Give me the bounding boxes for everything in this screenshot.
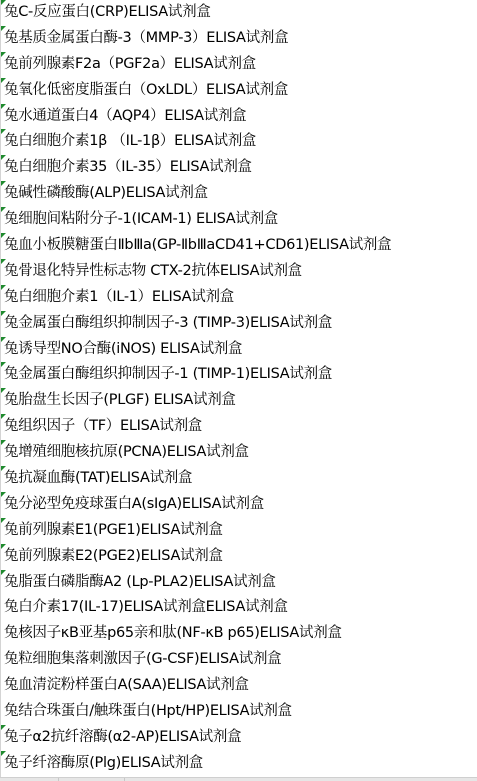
error-indicator-icon <box>1 129 6 134</box>
error-indicator-icon <box>1 104 6 109</box>
cell-text: 兔白细胞介素35（IL-35）ELISA试剂盒 <box>4 159 252 175</box>
error-indicator-icon <box>1 725 6 730</box>
cell[interactable]: 兔核因子κB亚基p65亲和肽(NF-κB p65)ELISA试剂盒 <box>1 621 477 647</box>
cell-text: 兔白介素17(IL-17)ELISA试剂盒ELISA试剂盒 <box>4 599 288 615</box>
error-indicator-icon <box>1 570 6 575</box>
cell-text: 兔脂蛋白磷脂酶A2 (Lp-PLA2)ELISA试剂盒 <box>4 574 276 590</box>
cell[interactable]: 兔粒细胞集落刺激因子(G-CSF)ELISA试剂盒 <box>1 647 477 673</box>
cell[interactable]: 兔骨退化特异性标志物 CTX-2抗体ELISA试剂盒 <box>1 259 477 285</box>
cell[interactable]: 兔子纤溶酶原(Plg)ELISA试剂盒 <box>1 751 477 777</box>
horizontal-scrollbar[interactable] <box>0 777 477 781</box>
cell-text: 兔抗凝血酶(TAT)ELISA试剂盒 <box>4 470 192 486</box>
cell[interactable]: 兔前列腺素F2a（PGF2a）ELISA试剂盒 <box>1 52 477 78</box>
cell[interactable]: 兔氧化低密度脂蛋白（OxLDL）ELISA试剂盒 <box>1 78 477 104</box>
error-indicator-icon <box>1 233 6 238</box>
cell[interactable]: 兔分泌型免疫球蛋白A(sIgA)ELISA试剂盒 <box>1 492 477 518</box>
error-indicator-icon <box>1 207 6 212</box>
cell[interactable]: 兔前列腺素E1(PGE1)ELISA试剂盒 <box>1 518 477 544</box>
cell[interactable]: 兔增殖细胞核抗原(PCNA)ELISA试剂盒 <box>1 440 477 466</box>
cell[interactable]: 兔水通道蛋白4（AQP4）ELISA试剂盒 <box>1 104 477 130</box>
cell-text: 兔诱导型NO合酶(iNOS) ELISA试剂盒 <box>4 341 242 357</box>
cell-text: 兔水通道蛋白4（AQP4）ELISA试剂盒 <box>4 108 246 124</box>
cell-text: 兔细胞间粘附分子-1(ICAM-1) ELISA试剂盒 <box>4 211 278 227</box>
cell-text: 兔结合珠蛋白/触珠蛋白(Hpt/HP)ELISA试剂盒 <box>4 703 292 719</box>
cell-text: 兔碱性磷酸酶(ALP)ELISA试剂盒 <box>4 185 208 201</box>
cell-text: 兔子纤溶酶原(Plg)ELISA试剂盒 <box>4 755 203 771</box>
cell-text: 兔子α2抗纤溶酶(α2-AP)ELISA试剂盒 <box>4 729 241 745</box>
error-indicator-icon <box>1 26 6 31</box>
error-indicator-icon <box>1 440 6 445</box>
cell[interactable]: 兔白细胞介素35（IL-35）ELISA试剂盒 <box>1 155 477 181</box>
cell[interactable]: 兔抗凝血酶(TAT)ELISA试剂盒 <box>1 466 477 492</box>
error-indicator-icon <box>1 155 6 160</box>
error-indicator-icon <box>1 518 6 523</box>
cell-text: 兔增殖细胞核抗原(PCNA)ELISA试剂盒 <box>4 444 249 460</box>
cell-text: 兔金属蛋白酶组织抑制因子-3 (TIMP-3)ELISA试剂盒 <box>4 315 332 331</box>
cell[interactable]: 兔组织因子（TF）ELISA试剂盒 <box>1 414 477 440</box>
error-indicator-icon <box>1 544 6 549</box>
cell-text: 兔胎盘生长因子(PLGF) ELISA试剂盒 <box>4 392 236 408</box>
cell[interactable]: 兔子α2抗纤溶酶(α2-AP)ELISA试剂盒 <box>1 725 477 751</box>
cell[interactable]: 兔白细胞介素1β （IL-1β）ELISA试剂盒 <box>1 129 477 155</box>
cell[interactable]: 兔脂蛋白磷脂酶A2 (Lp-PLA2)ELISA试剂盒 <box>1 570 477 596</box>
cell-text: 兔血小板膜糖蛋白ⅡbⅢa(GP-ⅡbⅢaCD41+CD61)ELISA试剂盒 <box>4 237 391 253</box>
spreadsheet-column: 兔C-反应蛋白(CRP)ELISA试剂盒兔基质金属蛋白酶-3（MMP-3）ELI… <box>0 0 477 778</box>
error-indicator-icon <box>1 0 6 5</box>
error-indicator-icon <box>1 414 6 419</box>
cell-text: 兔白细胞介素1β （IL-1β）ELISA试剂盒 <box>4 133 256 149</box>
cell-text: 兔前列腺素F2a（PGF2a）ELISA试剂盒 <box>4 56 256 72</box>
error-indicator-icon <box>1 751 6 756</box>
cell-text: 兔白细胞介素1（IL-1）ELISA试剂盒 <box>4 289 234 305</box>
cell[interactable]: 兔金属蛋白酶组织抑制因子-3 (TIMP-3)ELISA试剂盒 <box>1 311 477 337</box>
error-indicator-icon <box>1 181 6 186</box>
cell[interactable]: 兔细胞间粘附分子-1(ICAM-1) ELISA试剂盒 <box>1 207 477 233</box>
error-indicator-icon <box>1 337 6 342</box>
error-indicator-icon <box>1 78 6 83</box>
cell-text: 兔血清淀粉样蛋白A(SAA)ELISA试剂盒 <box>4 677 249 693</box>
cell-text: 兔分泌型免疫球蛋白A(sIgA)ELISA试剂盒 <box>4 496 264 512</box>
cell[interactable]: 兔基质金属蛋白酶-3（MMP-3）ELISA试剂盒 <box>1 26 477 52</box>
cell[interactable]: 兔结合珠蛋白/触珠蛋白(Hpt/HP)ELISA试剂盒 <box>1 699 477 725</box>
cell[interactable]: 兔血小板膜糖蛋白ⅡbⅢa(GP-ⅡbⅢaCD41+CD61)ELISA试剂盒 <box>1 233 477 259</box>
cell-text: 兔核因子κB亚基p65亲和肽(NF-κB p65)ELISA试剂盒 <box>4 625 342 641</box>
cell-text: 兔金属蛋白酶组织抑制因子-1 (TIMP-1)ELISA试剂盒 <box>4 366 332 382</box>
cell[interactable]: 兔白细胞介素1（IL-1）ELISA试剂盒 <box>1 285 477 311</box>
error-indicator-icon <box>1 466 6 471</box>
error-indicator-icon <box>1 388 6 393</box>
error-indicator-icon <box>1 311 6 316</box>
cell-text: 兔C-反应蛋白(CRP)ELISA试剂盒 <box>4 4 211 20</box>
cell-text: 兔骨退化特异性标志物 CTX-2抗体ELISA试剂盒 <box>4 263 302 279</box>
cell-text: 兔氧化低密度脂蛋白（OxLDL）ELISA试剂盒 <box>4 82 288 98</box>
cell-text: 兔组织因子（TF）ELISA试剂盒 <box>4 418 202 434</box>
error-indicator-icon <box>1 362 6 367</box>
error-indicator-icon <box>1 285 6 290</box>
cell[interactable]: 兔血清淀粉样蛋白A(SAA)ELISA试剂盒 <box>1 673 477 699</box>
cell[interactable]: 兔碱性磷酸酶(ALP)ELISA试剂盒 <box>1 181 477 207</box>
cell[interactable]: 兔前列腺素E2(PGE2)ELISA试剂盒 <box>1 544 477 570</box>
error-indicator-icon <box>1 259 6 264</box>
cell-text: 兔粒细胞集落刺激因子(G-CSF)ELISA试剂盒 <box>4 651 281 667</box>
cell[interactable]: 兔C-反应蛋白(CRP)ELISA试剂盒 <box>1 0 477 26</box>
cell[interactable]: 兔诱导型NO合酶(iNOS) ELISA试剂盒 <box>1 337 477 363</box>
cell[interactable]: 兔胎盘生长因子(PLGF) ELISA试剂盒 <box>1 388 477 414</box>
cell-text: 兔前列腺素E1(PGE1)ELISA试剂盒 <box>4 522 223 538</box>
cell[interactable]: 兔白介素17(IL-17)ELISA试剂盒ELISA试剂盒 <box>1 595 477 621</box>
error-indicator-icon <box>1 52 6 57</box>
cell-text: 兔前列腺素E2(PGE2)ELISA试剂盒 <box>4 548 223 564</box>
cell-text: 兔基质金属蛋白酶-3（MMP-3）ELISA试剂盒 <box>4 30 288 46</box>
error-indicator-icon <box>1 492 6 497</box>
cell[interactable]: 兔金属蛋白酶组织抑制因子-1 (TIMP-1)ELISA试剂盒 <box>1 362 477 388</box>
